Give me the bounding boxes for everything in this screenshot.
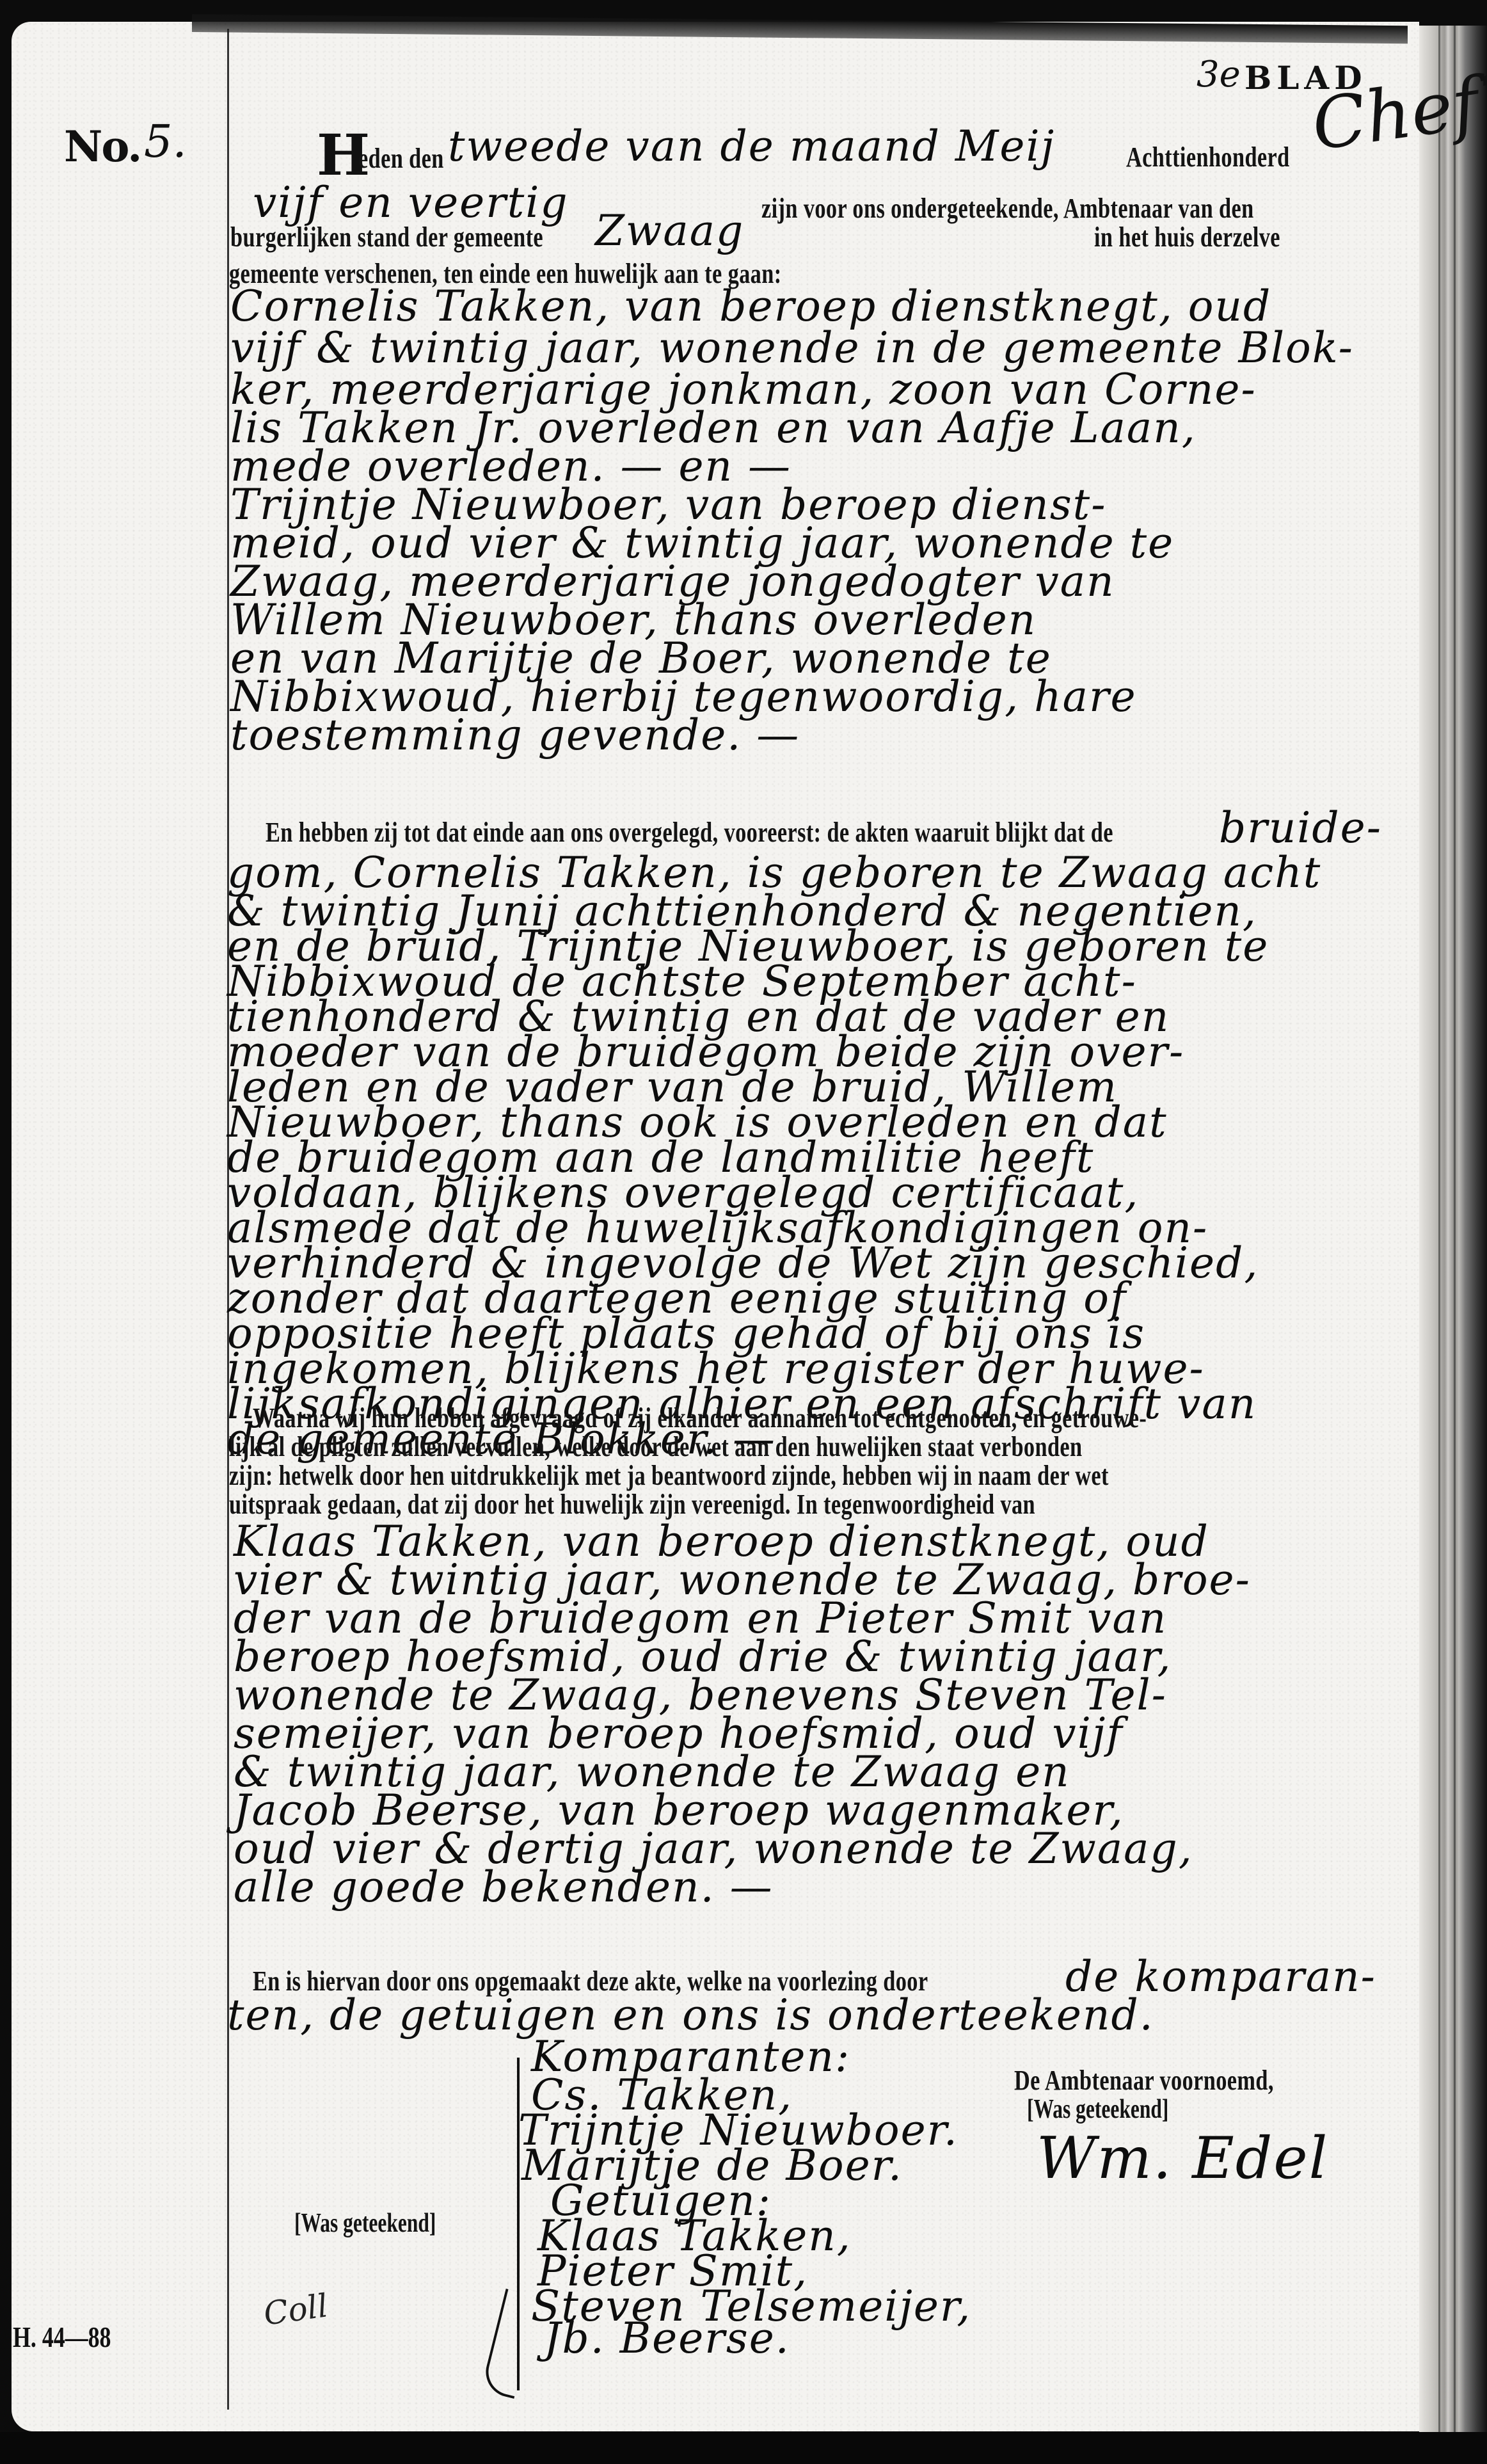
binding-edge — [1419, 26, 1487, 2432]
form-code: H. 44—88 — [13, 2320, 111, 2354]
was-signed-note: [Was geteekend] — [1027, 2094, 1168, 2125]
was-signed-note: [Was geteekend] — [294, 2208, 436, 2239]
record-number: 5. — [144, 115, 187, 168]
official-signature: Wm. Edel — [1037, 2125, 1328, 2192]
preamble-print: eden den — [358, 142, 444, 175]
preamble-print: Achttienhonderd — [1126, 141, 1290, 173]
date-handwritten: tweede van de maand Meij — [448, 122, 1055, 171]
year-handwritten: vijf en veertig — [253, 178, 569, 227]
binding-rule — [1438, 26, 1440, 2432]
municipality-handwritten: Zwaag — [595, 206, 744, 255]
documents-handwritten: bruide- — [1219, 803, 1382, 852]
preamble-print: burgerlijken stand der gemeente — [230, 221, 543, 253]
vows-line: lijk al de pligten zullen vervullen, wel… — [229, 1430, 1083, 1463]
vows-line: zijn: hetwelk door hen uitdrukkelijk met… — [229, 1459, 1109, 1492]
binding-rule — [1454, 26, 1456, 2432]
vows-line: Waarna wij hun hebben afgevraagd of zij … — [253, 1402, 1147, 1434]
parties-line: toestemming gevende. — — [230, 710, 800, 760]
scan-bottom-edge — [0, 2432, 1487, 2464]
witness-line: alle goede bekenden. — — [234, 1862, 774, 1912]
preamble-print: zijn voor ons ondergeteekende, Ambtenaar… — [761, 192, 1254, 225]
vows-line: uitspraak gedaan, dat zij door het huwel… — [229, 1488, 1035, 1521]
official-heading: De Ambtenaar voornoemd, — [1014, 2064, 1274, 2097]
sheet-number: 3e — [1197, 54, 1241, 95]
preamble-print: in het huis derzelve — [1094, 221, 1280, 253]
record-number-label: No. — [64, 122, 141, 172]
witness-signature: Jb. Beerse. — [544, 2314, 790, 2363]
documents-print: En hebben zij tot dat einde aan ons over… — [266, 816, 1113, 849]
